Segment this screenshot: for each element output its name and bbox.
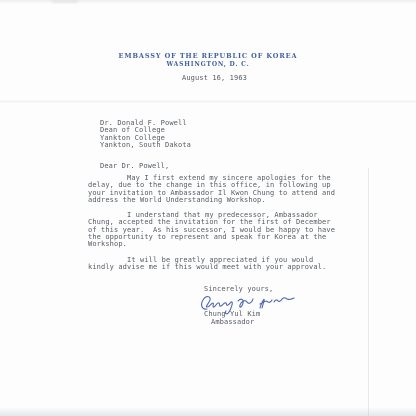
letterhead-city-line: WASHINGTON, D. C. (0, 61, 416, 69)
signature-title: Ambassador (211, 319, 254, 326)
closing-line: Sincerely yours, (204, 286, 273, 293)
body-paragraph-3: It will be greatly appreciated if you wo… (88, 257, 326, 272)
salutation: Dear Dr. Powell, (100, 163, 169, 170)
scan-smudge (52, 0, 78, 3)
body-paragraph-1: May I first extend my sincere apologies … (88, 175, 335, 204)
scan-edge-shadow-bottom (0, 407, 416, 416)
recipient-address-block: Dr. Donald F. Powell Dean of College Yan… (100, 120, 191, 149)
date-line: August 16, 1963 (182, 75, 247, 82)
letterhead: EMBASSY OF THE REPUBLIC OF KOREA WASHING… (0, 52, 416, 69)
paper-fold-crease (0, 100, 416, 103)
paper-right-edge (368, 168, 369, 416)
letterhead-embassy-line: EMBASSY OF THE REPUBLIC OF KOREA (0, 52, 416, 61)
body-paragraph-2: I understand that my predecessor, Ambass… (88, 212, 335, 248)
letter-page: EMBASSY OF THE REPUBLIC OF KOREA WASHING… (0, 0, 416, 416)
